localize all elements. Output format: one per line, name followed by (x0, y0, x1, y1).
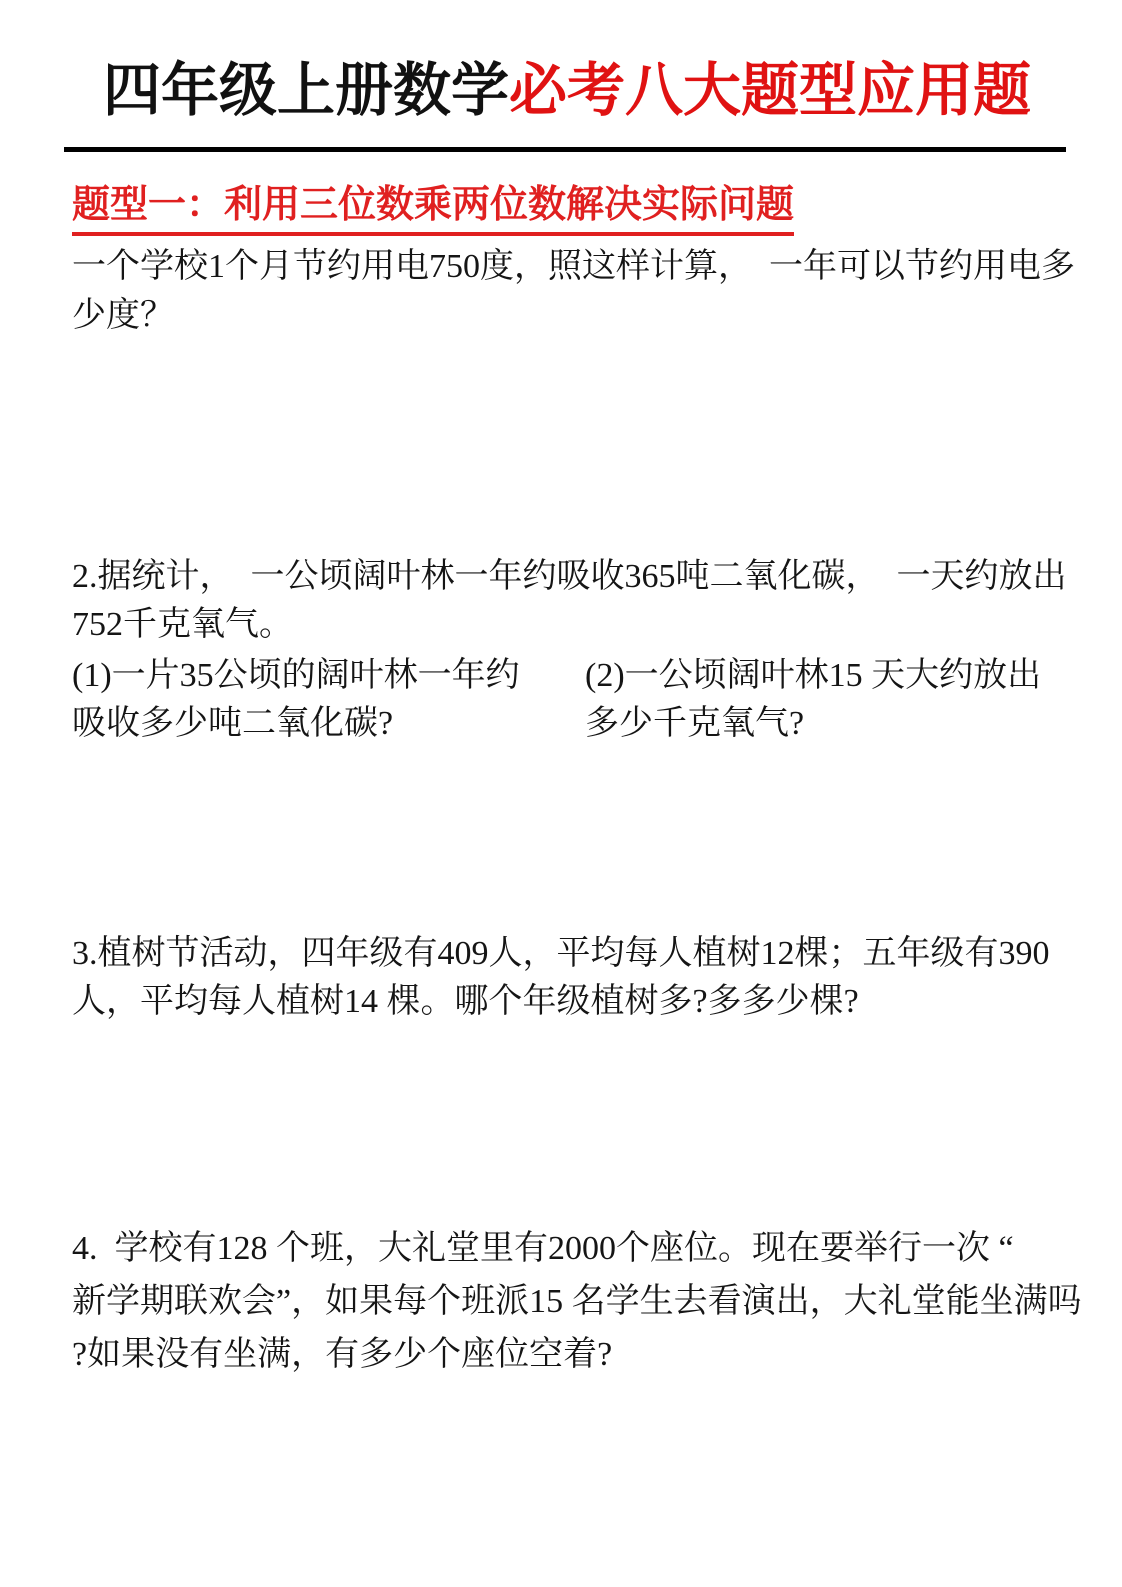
page-title: 四年级上册数学必考八大题型应用题 (103, 58, 1031, 125)
sub-question-1-line-1: (1)一片35公顷的阔叶林一年约 (72, 652, 520, 700)
problem-2-line-2: 752千克氧气。 (72, 601, 1067, 649)
problem-3-line-2: 人，平均每人植树14 棵。哪个年级植树多?多多少棵? (72, 978, 1050, 1026)
problem-3-line-1: 3.植树节活动，四年级有409人，平均每人植树12棵；五年级有390 (72, 930, 1050, 978)
problem-2: 2.据统计， 一公顷阔叶林一年约吸收365吨二氧化碳， 一天约放出 752千克氧… (72, 553, 1067, 649)
problem-4-line-2: 新学期联欢会”，如果每个班派15 名学生去看演出，大礼堂能坐满吗 (72, 1275, 1082, 1328)
problem-3: 3.植树节活动，四年级有409人，平均每人植树12棵；五年级有390 人，平均每… (72, 930, 1050, 1026)
problem-1: 一个学校1个月节约用电750度，照这样计算， 一年可以节约用电多 少度？ (72, 242, 1075, 340)
title-text-red: 必考八大题型应用题 (509, 58, 1031, 123)
problem-1-line-1: 一个学校1个月节约用电750度，照这样计算， 一年可以节约用电多 (72, 242, 1075, 291)
title-text-black: 四年级上册数学 (103, 58, 509, 123)
section-heading: 题型一：利用三位数乘两位数解决实际问题 (72, 183, 794, 236)
problem-4: 4. 学校有128 个班，大礼堂里有2000个座位。现在要举行一次 “ 新学期联… (72, 1222, 1082, 1381)
sub-question-2-line-2: 多少千克氧气? (585, 700, 1041, 748)
sub-question-1: (1)一片35公顷的阔叶林一年约 吸收多少吨二氧化碳? (72, 652, 520, 748)
worksheet-page: 四年级上册数学必考八大题型应用题 题型一：利用三位数乘两位数解决实际问题 一个学… (0, 0, 1122, 1587)
problem-1-line-2: 少度？ (72, 291, 1075, 340)
sub-question-1-line-2: 吸收多少吨二氧化碳? (72, 700, 520, 748)
problem-4-line-1: 4. 学校有128 个班，大礼堂里有2000个座位。现在要举行一次 “ (72, 1222, 1082, 1275)
problem-4-line-3: ?如果没有坐满，有多少个座位空着? (72, 1328, 1082, 1381)
sub-question-2-line-1: (2)一公顷阔叶林15 天大约放出 (585, 652, 1041, 700)
sub-question-2: (2)一公顷阔叶林15 天大约放出 多少千克氧气? (585, 652, 1041, 748)
problem-2-line-1: 2.据统计， 一公顷阔叶林一年约吸收365吨二氧化碳， 一天约放出 (72, 553, 1067, 601)
title-divider (64, 147, 1066, 152)
